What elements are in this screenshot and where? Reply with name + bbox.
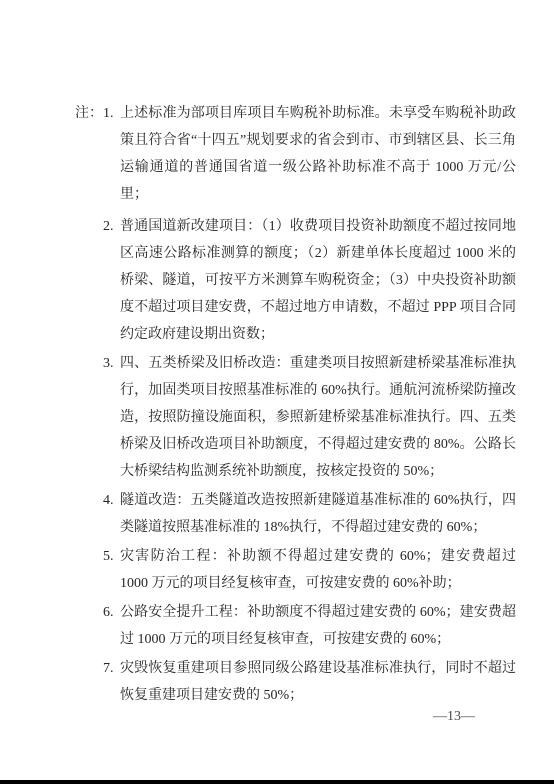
notes-label: 注： [75,100,103,127]
note-number: 2. [103,213,114,240]
note-text: 灾毁恢复重建项目参照同级公路建设基准标准执行，同时不超过恢复重建项目建安费的 5… [120,661,516,703]
note-text: 普通国道新改建项目：（1）收费项目投资补助额度不超过按同地区高速公路标准测算的额… [120,219,516,342]
note-text: 隧道改造：五类隧道改造按照新建隧道基准标准的 60%执行，四类隧道按照基准标准的… [120,493,516,535]
note-number: 3. [103,350,114,377]
document-page: 注： 1. 上述标准为部项目库项目车购税补助标准。未享受车购税补助政策且符合省“… [0,0,554,784]
note-item: 6. 公路安全提升工程：补助额度不得超过建安费的 60%；建安费超过 1000 … [103,599,516,653]
note-item: 5. 灾害防治工程：补助额不得超过建安费的 60%；建安费超过 1000 万元的… [103,543,516,597]
notes-section: 注： 1. 上述标准为部项目库项目车购税补助标准。未享受车购税补助政策且符合省“… [75,100,516,711]
note-item: 1. 上述标准为部项目库项目车购税补助标准。未享受车购税补助政策且符合省“十四五… [103,100,516,208]
note-number: 6. [103,599,114,626]
note-text: 灾害防治工程：补助额不得超过建安费的 60%；建安费超过 1000 万元的项目经… [120,549,516,591]
note-number: 5. [103,543,114,570]
scan-edge-artifact [0,780,554,784]
note-item: 7. 灾毁恢复重建项目参照同级公路建设基准标准执行，同时不超过恢复重建项目建安费… [103,655,516,709]
note-number: 7. [103,655,114,682]
note-item: 2. 普通国道新改建项目：（1）收费项目投资补助额度不超过按同地区高速公路标准测… [103,213,516,348]
note-item: 3. 四、五类桥梁及旧桥改造：重建类项目按照新建桥梁基准标准执行，加固类项目按照… [103,350,516,485]
note-text: 四、五类桥梁及旧桥改造：重建类项目按照新建桥梁基准标准执行，加固类项目按照基准标… [120,356,516,479]
note-text: 公路安全提升工程：补助额度不得超过建安费的 60%；建安费超过 1000 万元的… [120,605,516,647]
note-item: 4. 隧道改造：五类隧道改造按照新建隧道基准标准的 60%执行，四类隧道按照基准… [103,487,516,541]
note-number: 4. [103,487,114,514]
page-number: —13— [404,709,504,725]
note-number: 1. [103,100,114,127]
note-text: 上述标准为部项目库项目车购税补助标准。未享受车购税补助政策且符合省“十四五”规划… [120,106,516,202]
